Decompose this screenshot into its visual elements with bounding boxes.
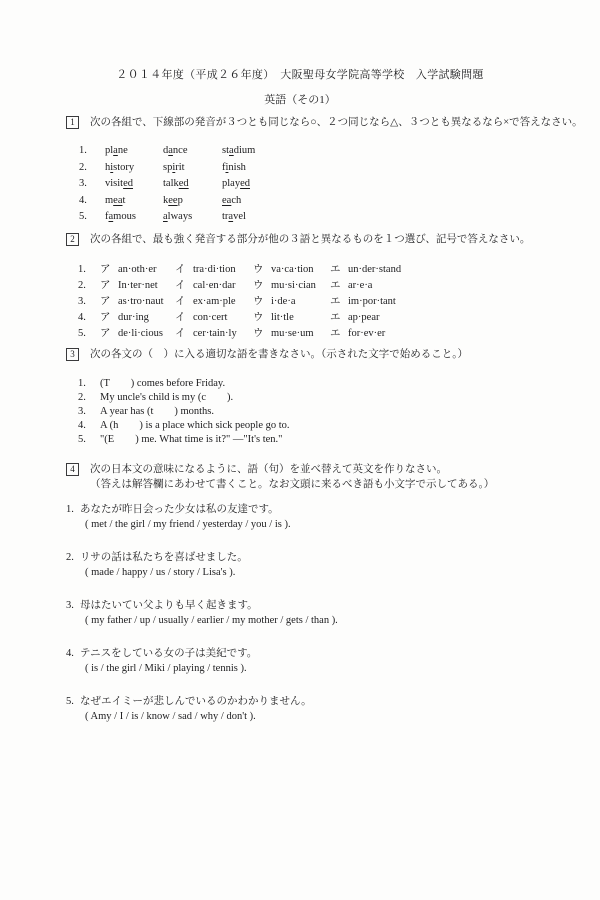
kana-choice-label: エ [330, 294, 348, 310]
item-number: 3. [66, 598, 80, 613]
q1-word: played [222, 176, 600, 193]
question2-instruction: 次の各組で、最も強く発音する部分が他の３語と異なるものを１つ選び、記号で答えなさ… [90, 233, 530, 247]
q2-option: エim·por·tant [330, 294, 600, 310]
q1-word-row: 3.visitedtalkedplayed [79, 176, 600, 193]
question1-word-list: 1.planedancestadium2.historyspiritfinish… [0, 143, 600, 226]
underlined-letters: ed [179, 178, 189, 189]
kana-choice-label: ウ [253, 278, 271, 294]
q2-option: エun·der·stand [330, 262, 600, 278]
q3-sentence-text: A (h ) is a place which sick people go t… [100, 419, 600, 433]
item-number: 4. [78, 310, 100, 326]
page-title: ２０１４年度（平成２６年度） 大阪聖母女学院高等学校 入学試験問題 [0, 68, 600, 82]
q4-item-group: 1.あなたが昨日会った少女は私の友達です。( met / the girl / … [66, 502, 600, 533]
q2-option: アde·li·cious [100, 326, 175, 342]
q2-option: イcon·cert [175, 310, 253, 326]
kana-choice-label: イ [175, 278, 193, 294]
q2-option: ウva·ca·tion [253, 262, 330, 278]
q3-sentence-item: 1.(T ) comes before Friday. [78, 377, 600, 391]
q2-option: イex·am·ple [175, 294, 253, 310]
kana-choice-label: イ [175, 262, 193, 278]
item-number: 1. [78, 262, 100, 278]
q4-japanese-text: テニスをしている女の子は美紀です。 [80, 646, 600, 661]
question3-header: 3 次の各文の（ ）に入る適切な語を書きなさい。（示された文字で始めること。） [0, 348, 600, 362]
q3-sentence-text: "(E ) me. What time is it?" —"It's ten." [100, 433, 600, 447]
item-number: 2. [79, 160, 105, 177]
underlined-letters: i [172, 162, 175, 173]
item-number: 4. [78, 419, 100, 433]
underlined-letters: a [229, 145, 234, 156]
kana-choice-label: エ [330, 310, 348, 326]
question4-item-list: 1.あなたが昨日会った少女は私の友達です。( met / the girl / … [0, 502, 600, 725]
q2-option: アIn·ter·net [100, 278, 175, 294]
q1-word-row: 1.planedancestadium [79, 143, 600, 160]
q3-sentence-item: 5."(E ) me. What time is it?" —"It's ten… [78, 433, 600, 447]
kana-choice-label: ウ [253, 326, 271, 342]
q1-word: plane [105, 143, 163, 160]
item-number: 1. [66, 502, 80, 517]
underlined-letters: a [228, 211, 233, 222]
q4-item-group: 5.なぜエイミーが悲しんでいるのかわかりません。( Amy / I / is /… [66, 694, 600, 725]
question4-instruction-line1: 次の日本文の意味になるように、語（句）を並べ替えて英文を作りなさい。 [90, 463, 447, 477]
item-number: 1. [78, 377, 100, 391]
underlined-letters: ea [222, 195, 231, 206]
underlined-letters: a [168, 145, 173, 156]
question4-number-box: 4 [66, 463, 79, 476]
kana-choice-label: ウ [253, 310, 271, 326]
kana-choice-label: イ [175, 294, 193, 310]
kana-choice-label: エ [330, 262, 348, 278]
question2-option-list: 1.アan·oth·erイtra·di·tionウva·ca·tionエun·d… [0, 262, 600, 342]
q4-japanese-text: 母はたいてい父よりも早く起きます。 [80, 598, 600, 613]
q4-word-bank: ( is / the girl / Miki / playing / tenni… [85, 661, 600, 677]
q2-option: アdur·ing [100, 310, 175, 326]
q1-word: finish [222, 160, 600, 177]
q4-word-bank: ( met / the girl / my friend / yesterday… [85, 517, 600, 533]
q2-option: イcer·tain·ly [175, 326, 253, 342]
q2-option: ウi·de·a [253, 294, 330, 310]
kana-choice-label: イ [175, 326, 193, 342]
q4-japanese-line: 1.あなたが昨日会った少女は私の友達です。 [66, 502, 600, 517]
q1-word: meat [105, 193, 163, 210]
question2-number-box: 2 [66, 233, 79, 246]
item-number: 2. [78, 391, 100, 405]
q4-item-group: 4.テニスをしている女の子は美紀です。( is / the girl / Mik… [66, 646, 600, 677]
question4-header: 4 次の日本文の意味になるように、語（句）を並べ替えて英文を作りなさい。 [0, 463, 600, 477]
q3-sentence-item: 4.A (h ) is a place which sick people go… [78, 419, 600, 433]
q4-item-group: 2.リサの話は私たちを喜ばせました。( made / happy / us / … [66, 550, 600, 581]
item-number: 3. [78, 294, 100, 310]
kana-choice-label: ア [100, 262, 118, 278]
item-number: 2. [66, 550, 80, 565]
question3-item-list: 1.(T ) comes before Friday.2.My uncle's … [0, 377, 600, 447]
q4-word-bank: ( made / happy / us / story / Lisa's ). [85, 565, 600, 581]
q1-word: stadium [222, 143, 600, 160]
q2-option: イcal·en·dar [175, 278, 253, 294]
q1-word: spirit [163, 160, 222, 177]
exam-scan-page: ２０１４年度（平成２６年度） 大阪聖母女学院高等学校 入学試験問題 英語（その1… [0, 0, 600, 900]
q2-option: エfor·ev·er [330, 326, 600, 342]
item-number: 4. [79, 193, 105, 210]
q4-japanese-line: 3.母はたいてい父よりも早く起きます。 [66, 598, 600, 613]
kana-choice-label: ア [100, 310, 118, 326]
q1-word: always [163, 209, 222, 226]
q4-japanese-line: 5.なぜエイミーが悲しんでいるのかわかりません。 [66, 694, 600, 709]
q2-option: イtra·di·tion [175, 262, 253, 278]
question3-instruction: 次の各文の（ ）に入る適切な語を書きなさい。（示された文字で始めること。） [90, 348, 468, 362]
question1-number-box: 1 [66, 116, 79, 129]
underlined-letters: a [109, 211, 114, 222]
q3-sentence-text: A year has (t ) months. [100, 405, 600, 419]
item-number: 1. [79, 143, 105, 160]
q4-word-bank: ( Amy / I / is / know / sad / why / don'… [85, 709, 600, 725]
question3-number-box: 3 [66, 348, 79, 361]
q4-item-group: 3.母はたいてい父よりも早く起きます。( my father / up / us… [66, 598, 600, 629]
item-number: 5. [78, 433, 100, 447]
q3-sentence-text: (T ) comes before Friday. [100, 377, 600, 391]
item-number: 3. [78, 405, 100, 419]
item-number: 4. [66, 646, 80, 661]
q1-word: history [105, 160, 163, 177]
q4-japanese-text: リサの話は私たちを喜ばせました。 [80, 550, 600, 565]
q2-option-row: 3.アas·tro·nautイex·am·pleウi·de·aエim·por·t… [78, 294, 600, 310]
item-number: 3. [79, 176, 105, 193]
q2-option: エap·pear [330, 310, 600, 326]
q2-option: アas·tro·naut [100, 294, 175, 310]
question4-instruction-line2: （答えは解答欄にあわせて書くこと。なお文頭に来るべき語も小文字で示してある。） [0, 477, 600, 492]
kana-choice-label: ウ [253, 262, 271, 278]
q2-option: ウlit·tle [253, 310, 330, 326]
q2-option-row: 1.アan·oth·erイtra·di·tionウva·ca·tionエun·d… [78, 262, 600, 278]
kana-choice-label: ア [100, 326, 118, 342]
underlined-letters: i [110, 162, 113, 173]
question1-instruction: 次の各組で、下線部の発音が３つとも同じなら○、２つ同じなら△、３つとも異なるなら… [90, 116, 583, 130]
q1-word: travel [222, 209, 600, 226]
q1-word: visited [105, 176, 163, 193]
item-number: 5. [78, 326, 100, 342]
question1-header: 1 次の各組で、下線部の発音が３つとも同じなら○、２つ同じなら△、３つとも異なる… [0, 116, 600, 130]
q1-word-row: 4.meatkeepeach [79, 193, 600, 210]
q2-option-row: 4.アdur·ingイcon·certウlit·tleエap·pear [78, 310, 600, 326]
q4-japanese-line: 2.リサの話は私たちを喜ばせました。 [66, 550, 600, 565]
q3-sentence-text: My uncle's child is my (c ). [100, 391, 600, 405]
kana-choice-label: エ [330, 278, 348, 294]
item-number: 5. [66, 694, 80, 709]
underlined-letters: ee [168, 195, 177, 206]
underlined-letters: a [163, 211, 168, 222]
q2-option: ウmu·si·cian [253, 278, 330, 294]
q1-word-row: 5.famousalwaystravel [79, 209, 600, 226]
question2-header: 2 次の各組で、最も強く発音する部分が他の３語と異なるものを１つ選び、記号で答え… [0, 233, 600, 247]
underlined-letters: ed [123, 178, 133, 189]
q4-japanese-text: なぜエイミーが悲しんでいるのかわかりません。 [80, 694, 600, 709]
kana-choice-label: イ [175, 310, 193, 326]
kana-choice-label: ウ [253, 294, 271, 310]
underlined-letters: ea [113, 195, 122, 206]
q1-word-row: 2.historyspiritfinish [79, 160, 600, 177]
q4-japanese-text: あなたが昨日会った少女は私の友達です。 [80, 502, 600, 517]
q1-word: famous [105, 209, 163, 226]
q2-option: エar·e·a [330, 278, 600, 294]
underlined-letters: i [226, 162, 229, 173]
kana-choice-label: ア [100, 294, 118, 310]
q2-option-row: 5.アde·li·ciousイcer·tain·lyウmu·se·umエfor·… [78, 326, 600, 342]
underlined-letters: ed [240, 178, 250, 189]
item-number: 2. [78, 278, 100, 294]
q2-option: ウmu·se·um [253, 326, 330, 342]
underlined-letters: a [113, 145, 118, 156]
q4-japanese-line: 4.テニスをしている女の子は美紀です。 [66, 646, 600, 661]
q1-word: dance [163, 143, 222, 160]
q3-sentence-item: 2.My uncle's child is my (c ). [78, 391, 600, 405]
q3-sentence-item: 3.A year has (t ) months. [78, 405, 600, 419]
q2-option: アan·oth·er [100, 262, 175, 278]
q2-option-row: 2.アIn·ter·netイcal·en·darウmu·si·cianエar·e… [78, 278, 600, 294]
kana-choice-label: ア [100, 278, 118, 294]
q1-word: keep [163, 193, 222, 210]
q4-word-bank: ( my father / up / usually / earlier / m… [85, 613, 600, 629]
q1-word: talked [163, 176, 222, 193]
kana-choice-label: エ [330, 326, 348, 342]
item-number: 5. [79, 209, 105, 226]
page-subtitle: 英語（その1） [0, 93, 600, 107]
q1-word: each [222, 193, 600, 210]
